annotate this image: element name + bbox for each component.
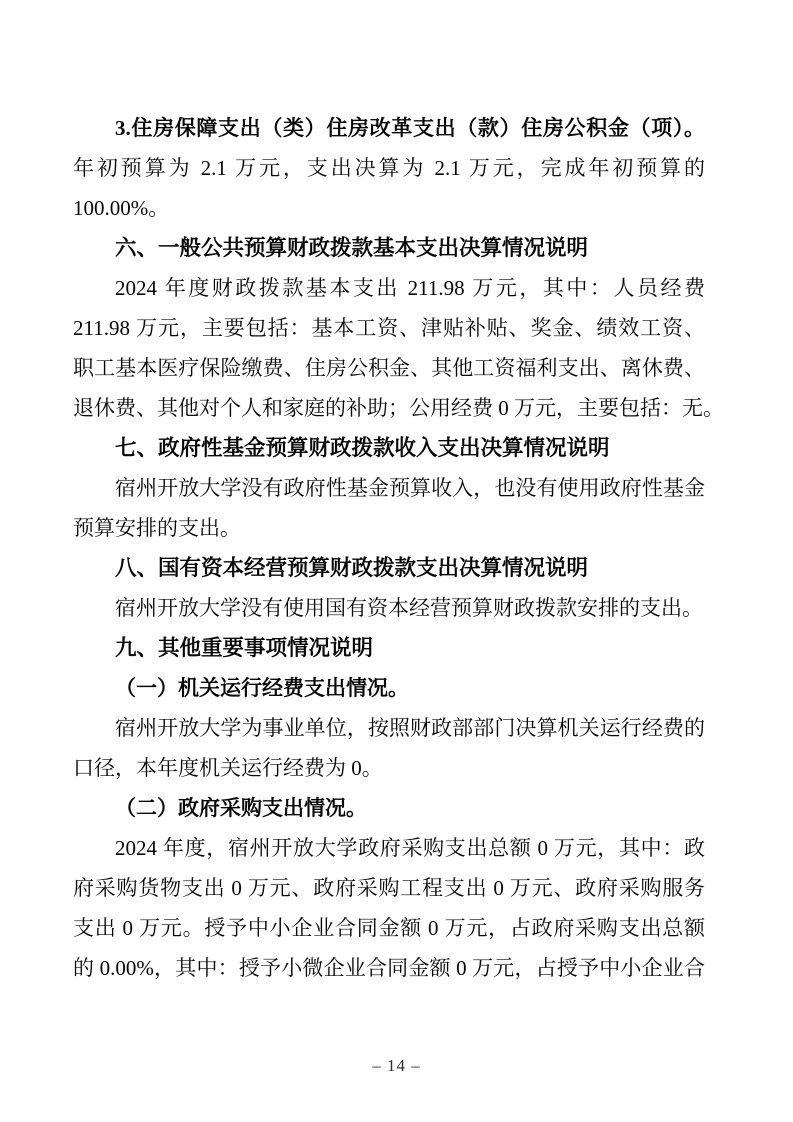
heading-section-9: 九、其他重要事项情况说明: [73, 628, 705, 668]
subheading-text: （一）机关运行经费支出情况。: [73, 668, 705, 708]
para-housing-security: 3.住房保障支出（类）住房改革支出（款）住房公积金（项）。年初预算为 2.1 万…: [73, 108, 705, 228]
page-number: – 14 –: [0, 1056, 793, 1076]
heading-section-8: 八、国有资本经营预算财政拨款支出决算情况说明: [73, 548, 705, 588]
para-govt-fund-budget: 宿州开放大学没有政府性基金预算收入，也没有使用政府性基金预算安排的支出。: [73, 468, 705, 548]
text-line: 支出 0 万元。授予中小企业合同金额 0 万元，占政府采购支出总额: [73, 908, 705, 948]
para-operating-expense: 宿州开放大学为事业单位，按照财政部部门决算机关运行经费的口径，本年度机关运行经费…: [73, 708, 705, 788]
heading-text: 八、国有资本经营预算财政拨款支出决算情况说明: [73, 548, 705, 588]
text-line: 口径，本年度机关运行经费为 0。: [73, 748, 705, 788]
text-line: 府采购货物支出 0 万元、政府采购工程支出 0 万元、政府采购服务: [73, 868, 705, 908]
subheading-9-1-operating-expense: （一）机关运行经费支出情况。: [73, 668, 705, 708]
text-line: 退休费、其他对个人和家庭的补助；公用经费 0 万元，主要包括：无。: [73, 388, 705, 428]
document-page: 3.住房保障支出（类）住房改革支出（款）住房公积金（项）。年初预算为 2.1 万…: [0, 0, 793, 1122]
text-line: 2024 年度，宿州开放大学政府采购支出总额 0 万元，其中：政: [73, 828, 705, 868]
heading-text: 九、其他重要事项情况说明: [73, 628, 705, 668]
heading-text: 六、一般公共预算财政拨款基本支出决算情况说明: [73, 228, 705, 268]
heading-text: 七、政府性基金预算财政拨款收入支出决算情况说明: [73, 428, 705, 468]
text-line: 宿州开放大学没有政府性基金预算收入，也没有使用政府性基金: [73, 468, 705, 508]
text-line: 的 0.00%，其中：授予小微企业合同金额 0 万元，占授予中小企业合: [73, 948, 705, 988]
heading-section-7: 七、政府性基金预算财政拨款收入支出决算情况说明: [73, 428, 705, 468]
text-line: 职工基本医疗保险缴费、住房公积金、其他工资福利支出、离休费、: [73, 348, 705, 388]
text-line: 年初预算为 2.1 万元，支出决算为 2.1 万元，完成年初预算的: [73, 148, 705, 188]
para-state-capital-budget: 宿州开放大学没有使用国有资本经营预算财政拨款安排的支出。: [73, 588, 705, 628]
text-line: 211.98 万元，主要包括：基本工资、津贴补贴、奖金、绩效工资、: [73, 308, 705, 348]
text-line: 宿州开放大学没有使用国有资本经营预算财政拨款安排的支出。: [73, 588, 705, 628]
text-line: 3.住房保障支出（类）住房改革支出（款）住房公积金（项）。: [73, 108, 705, 148]
text-line: 2024 年度财政拨款基本支出 211.98 万元，其中：人员经费: [73, 268, 705, 308]
text-line: 宿州开放大学为事业单位，按照财政部部门决算机关运行经费的: [73, 708, 705, 748]
subheading-text: （二）政府采购支出情况。: [73, 788, 705, 828]
subheading-9-2-procurement: （二）政府采购支出情况。: [73, 788, 705, 828]
para-basic-expenditure: 2024 年度财政拨款基本支出 211.98 万元，其中：人员经费211.98 …: [73, 268, 705, 428]
text-line: 100.00%。: [73, 188, 705, 228]
document-body: 3.住房保障支出（类）住房改革支出（款）住房公积金（项）。年初预算为 2.1 万…: [73, 108, 705, 988]
text-line: 预算安排的支出。: [73, 508, 705, 548]
heading-section-6: 六、一般公共预算财政拨款基本支出决算情况说明: [73, 228, 705, 268]
para-procurement: 2024 年度，宿州开放大学政府采购支出总额 0 万元，其中：政府采购货物支出 …: [73, 828, 705, 988]
